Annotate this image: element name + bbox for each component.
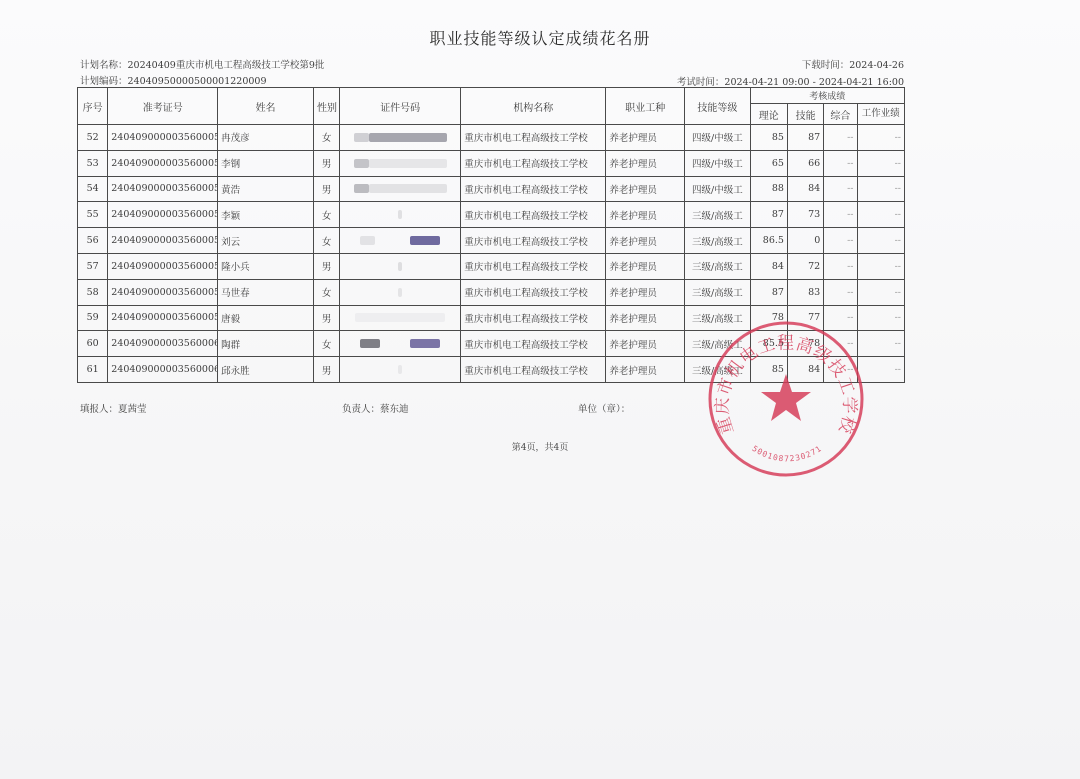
occupation-cell: 养老护理员 bbox=[606, 228, 685, 254]
header-id-number: 证件号码 bbox=[340, 88, 461, 125]
ticket-cell: 2404090000035600056 bbox=[108, 228, 218, 254]
skill-score-cell: 73 bbox=[787, 202, 823, 228]
owner-signature: 负责人：蔡东迪 bbox=[342, 401, 409, 415]
redaction-mask bbox=[354, 159, 369, 168]
redaction-mask bbox=[354, 133, 369, 142]
download-time: 下载时间：2024-04-26 bbox=[802, 57, 904, 71]
filler-signature: 填报人：夏茜莹 bbox=[80, 401, 147, 415]
overall-score-cell: -- bbox=[824, 331, 857, 357]
name-cell: 唐毅 bbox=[218, 305, 314, 331]
institution-cell: 重庆市机电工程高级技工学校 bbox=[461, 279, 606, 305]
id-number-cell bbox=[340, 253, 461, 279]
table-row: 522404090000035600052冉茂彦女重庆市机电工程高级技工学校养老… bbox=[78, 125, 905, 151]
gender-cell: 男 bbox=[313, 253, 339, 279]
gender-cell: 男 bbox=[313, 176, 339, 202]
occupation-cell: 养老护理员 bbox=[606, 279, 685, 305]
ticket-cell: 2404090000035600060 bbox=[108, 331, 218, 357]
id-number-cell bbox=[340, 331, 461, 357]
redaction-mask bbox=[398, 210, 402, 219]
work-performance-cell: -- bbox=[857, 150, 905, 176]
name-cell: 刘云 bbox=[218, 228, 314, 254]
table-row: 572404090000035600057隆小兵男重庆市机电工程高级技工学校养老… bbox=[78, 253, 905, 279]
header-skill: 技能 bbox=[787, 104, 823, 125]
work-performance-cell: -- bbox=[857, 357, 905, 383]
id-number-cell bbox=[340, 150, 461, 176]
work-performance-cell: -- bbox=[857, 253, 905, 279]
page-number: 第4页，共4页 bbox=[0, 440, 1080, 453]
gender-cell: 男 bbox=[313, 357, 339, 383]
ticket-cell: 2404090000035600061 bbox=[108, 357, 218, 383]
id-number-cell bbox=[340, 202, 461, 228]
overall-score-cell: -- bbox=[824, 150, 857, 176]
seq-cell: 55 bbox=[78, 202, 108, 228]
name-cell: 隆小兵 bbox=[218, 253, 314, 279]
overall-score-cell: -- bbox=[824, 202, 857, 228]
header-seq: 序号 bbox=[78, 88, 108, 125]
skill-score-cell: 77 bbox=[787, 305, 823, 331]
institution-cell: 重庆市机电工程高级技工学校 bbox=[461, 125, 606, 151]
seq-cell: 54 bbox=[78, 176, 108, 202]
name-cell: 陶群 bbox=[218, 331, 314, 357]
skill-score-cell: 66 bbox=[787, 150, 823, 176]
gender-cell: 女 bbox=[313, 125, 339, 151]
header-institution: 机构名称 bbox=[461, 88, 606, 125]
redaction-mask bbox=[360, 339, 380, 348]
theory-score-cell: 87 bbox=[750, 202, 787, 228]
id-number-cell bbox=[340, 125, 461, 151]
redaction-mask bbox=[380, 339, 410, 348]
level-cell: 三级/高级工 bbox=[685, 228, 751, 254]
table-row: 562404090000035600056刘云女重庆市机电工程高级技工学校养老护… bbox=[78, 228, 905, 254]
skill-score-cell: 72 bbox=[787, 253, 823, 279]
header-level: 技能等级 bbox=[685, 88, 751, 125]
occupation-cell: 养老护理员 bbox=[606, 176, 685, 202]
redaction-mask bbox=[410, 339, 440, 348]
seq-cell: 57 bbox=[78, 253, 108, 279]
gender-cell: 女 bbox=[313, 279, 339, 305]
id-number-cell bbox=[340, 228, 461, 254]
theory-score-cell: 86.5 bbox=[750, 228, 787, 254]
exam-time: 考试时间：2024-04-21 09:00 - 2024-04-21 16:00 bbox=[677, 74, 904, 88]
overall-score-cell: -- bbox=[824, 228, 857, 254]
seq-cell: 59 bbox=[78, 305, 108, 331]
header-name: 姓名 bbox=[218, 88, 314, 125]
header-ticket: 准考证号 bbox=[108, 88, 218, 125]
institution-cell: 重庆市机电工程高级技工学校 bbox=[461, 331, 606, 357]
theory-score-cell: 88 bbox=[750, 176, 787, 202]
table-row: 612404090000035600061邱永胜男重庆市机电工程高级技工学校养老… bbox=[78, 357, 905, 383]
institution-cell: 重庆市机电工程高级技工学校 bbox=[461, 305, 606, 331]
skill-score-cell: 84 bbox=[787, 357, 823, 383]
seq-cell: 60 bbox=[78, 331, 108, 357]
institution-cell: 重庆市机电工程高级技工学校 bbox=[461, 176, 606, 202]
overall-score-cell: -- bbox=[824, 176, 857, 202]
seq-cell: 53 bbox=[78, 150, 108, 176]
level-cell: 四级/中级工 bbox=[685, 150, 751, 176]
score-roster-table: 序号 准考证号 姓名 性别 证件号码 机构名称 职业工种 技能等级 考核成绩 理… bbox=[77, 87, 905, 383]
redaction-mask bbox=[375, 236, 410, 245]
redaction-mask bbox=[398, 365, 402, 374]
table-row: 542404090000035600054黄浩男重庆市机电工程高级技工学校养老护… bbox=[78, 176, 905, 202]
seq-cell: 52 bbox=[78, 125, 108, 151]
gender-cell: 男 bbox=[313, 305, 339, 331]
gender-cell: 女 bbox=[313, 228, 339, 254]
name-cell: 冉茂彦 bbox=[218, 125, 314, 151]
name-cell: 黄浩 bbox=[218, 176, 314, 202]
level-cell: 三级/高级工 bbox=[685, 253, 751, 279]
occupation-cell: 养老护理员 bbox=[606, 202, 685, 228]
header-occupation: 职业工种 bbox=[606, 88, 685, 125]
skill-score-cell: 78 bbox=[787, 331, 823, 357]
header-work-performance: 工作业绩 bbox=[857, 104, 905, 125]
theory-score-cell: 65 bbox=[750, 150, 787, 176]
name-cell: 李颖 bbox=[218, 202, 314, 228]
occupation-cell: 养老护理员 bbox=[606, 253, 685, 279]
redaction-mask bbox=[398, 288, 402, 297]
header-overall: 综合 bbox=[824, 104, 857, 125]
theory-score-cell: 85.5 bbox=[750, 331, 787, 357]
name-cell: 李钢 bbox=[218, 150, 314, 176]
theory-score-cell: 85 bbox=[750, 357, 787, 383]
institution-cell: 重庆市机电工程高级技工学校 bbox=[461, 357, 606, 383]
header-scores-group: 考核成绩 bbox=[750, 88, 904, 104]
ticket-cell: 2404090000035600059 bbox=[108, 305, 218, 331]
table-row: 552404090000035600055李颖女重庆市机电工程高级技工学校养老护… bbox=[78, 202, 905, 228]
redaction-mask bbox=[369, 133, 447, 142]
overall-score-cell: -- bbox=[824, 279, 857, 305]
occupation-cell: 养老护理员 bbox=[606, 357, 685, 383]
skill-score-cell: 84 bbox=[787, 176, 823, 202]
document-title: 职业技能等级认定成绩花名册 bbox=[0, 26, 1080, 49]
ticket-cell: 2404090000035600058 bbox=[108, 279, 218, 305]
level-cell: 三级/高级工 bbox=[685, 331, 751, 357]
redaction-mask bbox=[369, 184, 447, 193]
work-performance-cell: -- bbox=[857, 331, 905, 357]
unit-seal-label: 单位（章）： bbox=[578, 401, 630, 415]
level-cell: 四级/中级工 bbox=[685, 176, 751, 202]
level-cell: 三级/高级工 bbox=[685, 202, 751, 228]
gender-cell: 男 bbox=[313, 150, 339, 176]
header-gender: 性别 bbox=[313, 88, 339, 125]
table-row: 592404090000035600059唐毅男重庆市机电工程高级技工学校养老护… bbox=[78, 305, 905, 331]
ticket-cell: 2404090000035600055 bbox=[108, 202, 218, 228]
table-row: 582404090000035600058马世春女重庆市机电工程高级技工学校养老… bbox=[78, 279, 905, 305]
redaction-mask bbox=[360, 236, 375, 245]
work-performance-cell: -- bbox=[857, 305, 905, 331]
gender-cell: 女 bbox=[313, 202, 339, 228]
id-number-cell bbox=[340, 305, 461, 331]
ticket-cell: 2404090000035600052 bbox=[108, 125, 218, 151]
id-number-cell bbox=[340, 357, 461, 383]
plan-code: 计划编码：24040950000500001220009 bbox=[80, 73, 267, 87]
occupation-cell: 养老护理员 bbox=[606, 150, 685, 176]
name-cell: 马世春 bbox=[218, 279, 314, 305]
theory-score-cell: 85 bbox=[750, 125, 787, 151]
institution-cell: 重庆市机电工程高级技工学校 bbox=[461, 150, 606, 176]
seq-cell: 58 bbox=[78, 279, 108, 305]
name-cell: 邱永胜 bbox=[218, 357, 314, 383]
level-cell: 三级/高级工 bbox=[685, 305, 751, 331]
occupation-cell: 养老护理员 bbox=[606, 305, 685, 331]
ticket-cell: 2404090000035600054 bbox=[108, 176, 218, 202]
table-row: 602404090000035600060陶群女重庆市机电工程高级技工学校养老护… bbox=[78, 331, 905, 357]
seq-cell: 56 bbox=[78, 228, 108, 254]
overall-score-cell: -- bbox=[824, 305, 857, 331]
redaction-mask bbox=[354, 184, 369, 193]
theory-score-cell: 87 bbox=[750, 279, 787, 305]
redaction-mask bbox=[398, 262, 402, 271]
work-performance-cell: -- bbox=[857, 202, 905, 228]
overall-score-cell: -- bbox=[824, 125, 857, 151]
level-cell: 三级/高级工 bbox=[685, 279, 751, 305]
ticket-cell: 2404090000035600053 bbox=[108, 150, 218, 176]
work-performance-cell: -- bbox=[857, 176, 905, 202]
seq-cell: 61 bbox=[78, 357, 108, 383]
redaction-mask bbox=[410, 236, 440, 245]
level-cell: 三级/高级工 bbox=[685, 357, 751, 383]
table-row: 532404090000035600053李钢男重庆市机电工程高级技工学校养老护… bbox=[78, 150, 905, 176]
skill-score-cell: 83 bbox=[787, 279, 823, 305]
occupation-cell: 养老护理员 bbox=[606, 125, 685, 151]
overall-score-cell: -- bbox=[824, 357, 857, 383]
occupation-cell: 养老护理员 bbox=[606, 331, 685, 357]
header-theory: 理论 bbox=[750, 104, 787, 125]
theory-score-cell: 78 bbox=[750, 305, 787, 331]
id-number-cell bbox=[340, 279, 461, 305]
overall-score-cell: -- bbox=[824, 253, 857, 279]
skill-score-cell: 87 bbox=[787, 125, 823, 151]
skill-score-cell: 0 bbox=[787, 228, 823, 254]
work-performance-cell: -- bbox=[857, 125, 905, 151]
institution-cell: 重庆市机电工程高级技工学校 bbox=[461, 228, 606, 254]
work-performance-cell: -- bbox=[857, 228, 905, 254]
work-performance-cell: -- bbox=[857, 279, 905, 305]
institution-cell: 重庆市机电工程高级技工学校 bbox=[461, 253, 606, 279]
redaction-mask bbox=[369, 159, 447, 168]
id-number-cell bbox=[340, 176, 461, 202]
gender-cell: 女 bbox=[313, 331, 339, 357]
theory-score-cell: 84 bbox=[750, 253, 787, 279]
level-cell: 四级/中级工 bbox=[685, 125, 751, 151]
institution-cell: 重庆市机电工程高级技工学校 bbox=[461, 202, 606, 228]
redaction-mask bbox=[355, 313, 445, 322]
plan-name: 计划名称：20240409重庆市机电工程高级技工学校第9批 bbox=[80, 57, 324, 71]
ticket-cell: 2404090000035600057 bbox=[108, 253, 218, 279]
